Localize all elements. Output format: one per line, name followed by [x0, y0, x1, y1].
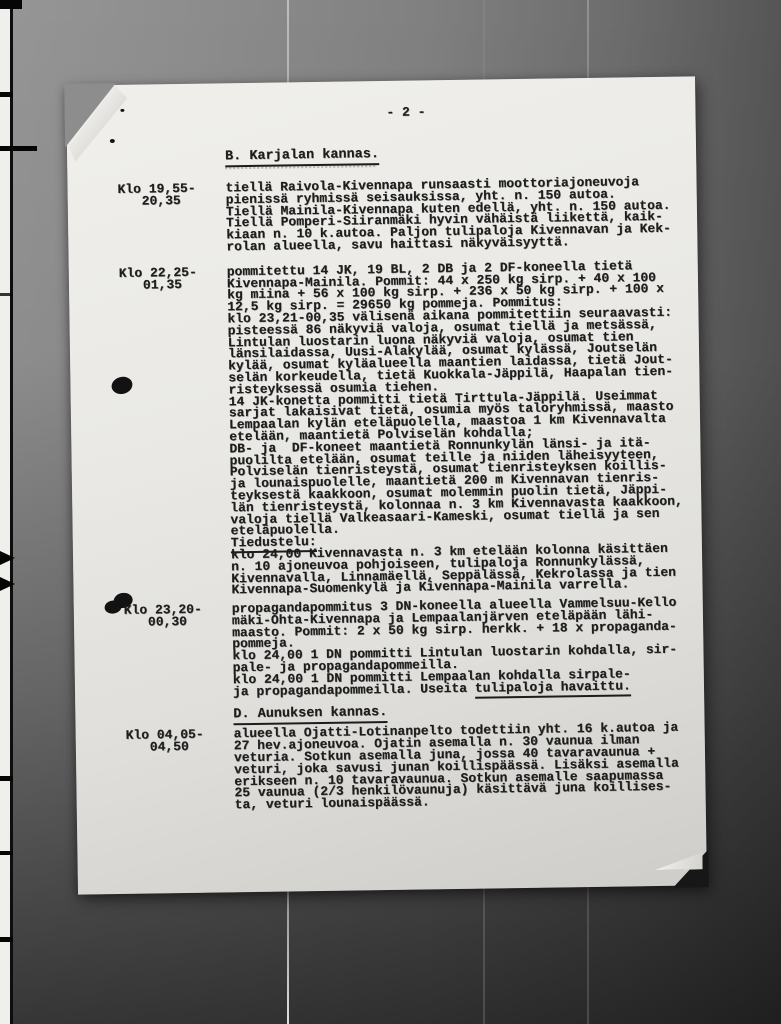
film-tick-mark: [0, 851, 13, 855]
underlined-text: tulipaloja havaittu.: [475, 678, 631, 698]
section-heading-text: B. Karjalan kannas.: [225, 147, 379, 167]
entry-body: pommitettu 14 JK, 19 BL, 2 DB ja 2 DF-ko…: [227, 259, 703, 596]
log-entry: Klo 04,05-04,50alueella Ojatti-Lotinanpe…: [126, 722, 706, 813]
microfilm-frame: - 2 - B. Karjalan kannas.Klo 19,55-20,35…: [0, 0, 781, 1024]
film-tick-mark: [0, 776, 13, 781]
section-heading: B. Karjalan kannas.: [225, 143, 696, 169]
section-heading-text: D. Aunuksen kannas.: [233, 705, 387, 725]
text-segment: ja propagandapommeilla. Useita: [233, 680, 475, 699]
entry-body: alueella Ojatti-Lotinanpelto todettiin y…: [234, 722, 706, 812]
entry-body: tiellä Raivola-Kivennapa runsaasti moott…: [225, 175, 697, 253]
page-number: - 2 -: [116, 76, 696, 123]
log-entry: Klo 23,20-00,30propagandapommitus 3 DN-k…: [124, 596, 704, 699]
film-arrow-marker-icon: [0, 551, 15, 565]
film-tick-mark: [0, 293, 13, 296]
document-page: - 2 - B. Karjalan kannas.Klo 19,55-20,35…: [66, 76, 707, 894]
entry-time-range: Klo 23,20-00,30: [124, 603, 233, 699]
film-edge-strip: [0, 0, 13, 1024]
entry-time-range: Klo 04,05-04,50: [126, 729, 235, 813]
entry-body: propagandapommitus 3 DN-koneella alueell…: [232, 596, 704, 697]
film-tick-mark: [0, 146, 37, 151]
entry-time-range: Klo 19,55-20,35: [117, 182, 226, 254]
log-entry: Klo 19,55-20,35tiellä Raivola-Kivennapa …: [117, 175, 697, 254]
film-edge-line: [10, 0, 13, 1024]
entry-time-range: Klo 22,25-01,35: [119, 266, 232, 598]
film-tick-mark: [0, 937, 13, 942]
document-content: - 2 - B. Karjalan kannas.Klo 19,55-20,35…: [66, 76, 707, 894]
film-arrow-marker-icon: [0, 577, 15, 591]
section-heading: D. Aunuksen kannas.: [233, 702, 704, 722]
log-entry: Klo 22,25-01,35pommitettu 14 JK, 19 BL, …: [119, 259, 703, 598]
film-tick-mark: [0, 0, 22, 9]
film-tick-mark: [0, 92, 13, 97]
